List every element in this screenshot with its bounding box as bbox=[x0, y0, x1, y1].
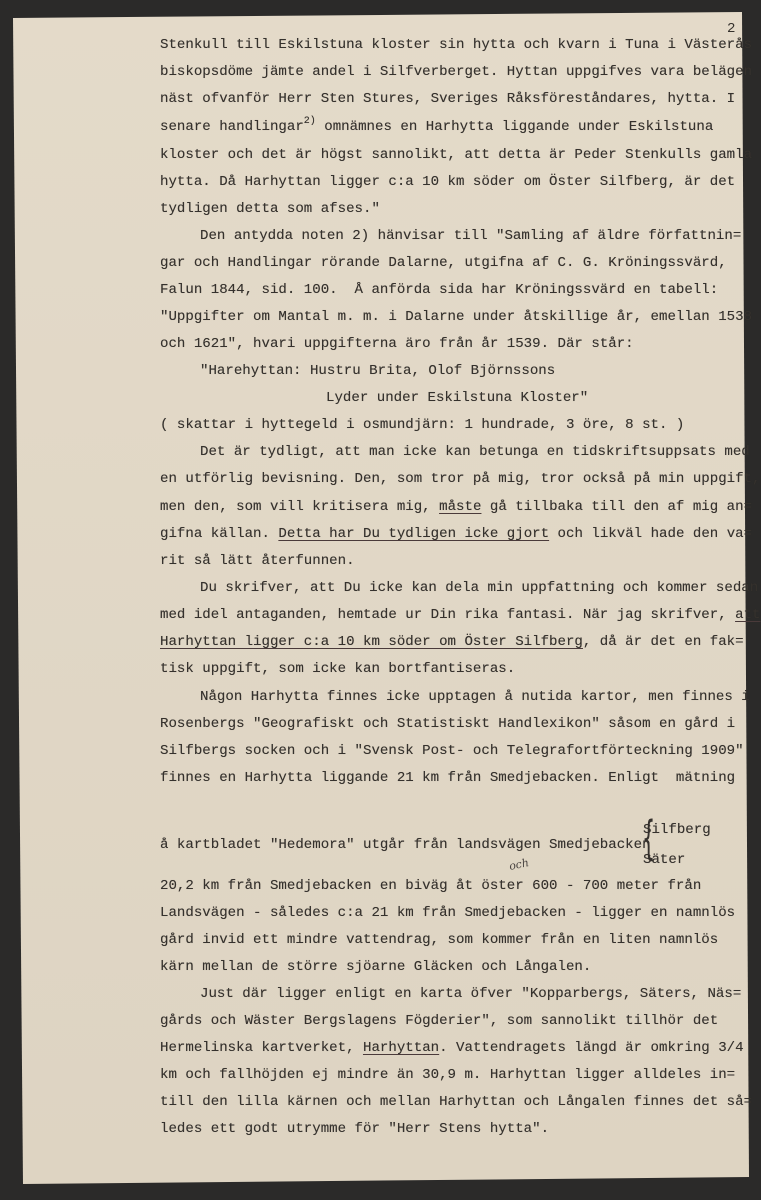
line-text: näst ofvanför Herr Sten Stures, Sveriges… bbox=[160, 91, 735, 107]
text-line: Det är tydligt, att man icke kan betunga… bbox=[200, 443, 750, 461]
text-line: km och fallhöjden ej mindre än 30,9 m. H… bbox=[160, 1066, 735, 1084]
line-text: tisk uppgift, som icke kan bortfantisera… bbox=[160, 661, 515, 677]
line-text: ledes ett godt utrymme för "Herr Stens h… bbox=[160, 1121, 549, 1137]
line-text: Silfbergs socken och i "Svensk Post- och… bbox=[160, 743, 744, 759]
text-line: "Harehyttan: Hustru Brita, Olof Björnsso… bbox=[200, 362, 555, 380]
text-line: näst ofvanför Herr Sten Stures, Sveriges… bbox=[160, 90, 735, 108]
text-line: tydligen detta som afses." bbox=[160, 200, 380, 218]
line-text: Rosenbergs "Geografiskt och Statistiskt … bbox=[160, 716, 735, 732]
line-text-pre: med idel antaganden, hemtade ur Din rika… bbox=[160, 607, 735, 623]
text-line: gar och Handlingar rörande Dalarne, utgi… bbox=[160, 254, 727, 272]
text-line: och 1621", hvari uppgifterna äro från år… bbox=[160, 335, 634, 353]
text-line: kloster och det är högst sannolikt, att … bbox=[160, 146, 752, 164]
line-text: hytta. Då Harhyttan ligger c:a 10 km söd… bbox=[160, 174, 735, 190]
text-line: med idel antaganden, hemtade ur Din rika… bbox=[160, 606, 761, 624]
text-line: Någon Harhytta finnes icke upptagen å nu… bbox=[200, 688, 750, 706]
brace-option-silfberg: Silfberg bbox=[643, 821, 711, 839]
text-line: tisk uppgift, som icke kan bortfantisera… bbox=[160, 660, 515, 678]
line-text: 20,2 km från Smedjebacken en biväg åt ös… bbox=[160, 878, 701, 894]
line-text: km och fallhöjden ej mindre än 30,9 m. H… bbox=[160, 1067, 735, 1083]
line-text-post: och likväl hade den va= bbox=[549, 526, 752, 542]
line-text: Någon Harhytta finnes icke upptagen å nu… bbox=[200, 689, 750, 705]
line-text-pre: senare handlingar bbox=[160, 119, 304, 135]
text-line: gård invid ett mindre vattendrag, som ko… bbox=[160, 931, 718, 949]
line-text: kärn mellan de större sjöarne Gläcken oc… bbox=[160, 959, 591, 975]
line-text-post: . Vattendragets längd är omkring 3/4 bbox=[439, 1040, 743, 1056]
underlined-text: Harhyttan bbox=[363, 1040, 439, 1056]
text-line: Falun 1844, sid. 100. Å anförda sida har… bbox=[160, 281, 718, 299]
line-text: Stenkull till Eskilstuna kloster sin hyt… bbox=[160, 37, 752, 53]
text-line: en utförlig bevisning. Den, som tror på … bbox=[160, 470, 761, 488]
text-line: Lyder under Eskilstuna Kloster" bbox=[326, 389, 588, 407]
text-line: biskopsdöme jämte andel i Silfverberget.… bbox=[160, 63, 752, 81]
line-text: rit så lätt återfunnen. bbox=[160, 553, 355, 569]
page-number: 2 bbox=[727, 21, 735, 37]
text-line: hytta. Då Harhyttan ligger c:a 10 km söd… bbox=[160, 173, 735, 191]
text-line: Just där ligger enligt en karta öfver "K… bbox=[200, 985, 741, 1003]
line-text: Landsvägen - således c:a 21 km från Smed… bbox=[160, 905, 735, 921]
line-text: gar och Handlingar rörande Dalarne, utgi… bbox=[160, 255, 727, 271]
line-text: till den lilla kärnen och mellan Harhytt… bbox=[160, 1094, 752, 1110]
text-line: Den antydda noten 2) hänvisar till "Saml… bbox=[200, 227, 741, 245]
line-text: en utförlig bevisning. Den, som tror på … bbox=[160, 471, 761, 487]
line-text: finnes en Harhytta liggande 21 km från S… bbox=[160, 770, 735, 786]
brace-option-sater: Säter bbox=[643, 851, 685, 869]
underlined-text: att bbox=[735, 607, 760, 623]
line-text: och 1621", hvari uppgifterna äro från år… bbox=[160, 336, 634, 352]
text-line: "Uppgifter om Mantal m. m. i Dalarne und… bbox=[160, 308, 752, 326]
text-line: till den lilla kärnen och mellan Harhytt… bbox=[160, 1093, 752, 1111]
text-line: rit så lätt återfunnen. bbox=[160, 552, 355, 570]
handwritten-annotation: och bbox=[508, 856, 530, 873]
underlined-text: Harhyttan ligger c:a 10 km söder om Öste… bbox=[160, 634, 583, 650]
text-line: finnes en Harhytta liggande 21 km från S… bbox=[160, 769, 735, 787]
line-text: biskopsdöme jämte andel i Silfverberget.… bbox=[160, 64, 752, 80]
line-text-pre: men den, som vill kritisera mig, bbox=[160, 499, 439, 515]
line-text: gårds och Wäster Bergslagens Fögderier",… bbox=[160, 1013, 718, 1029]
line-text-pre: gifna källan. bbox=[160, 526, 278, 542]
line-text: tydligen detta som afses." bbox=[160, 201, 380, 217]
text-line: senare handlingar2) omnämnes en Harhytta… bbox=[160, 118, 713, 136]
text-line: 20,2 km från Smedjebacken en biväg åt ös… bbox=[160, 877, 701, 895]
text-line: Du skrifver, att Du icke kan dela min up… bbox=[200, 579, 758, 597]
text-line: ledes ett godt utrymme för "Herr Stens h… bbox=[160, 1120, 549, 1138]
text-line: kärn mellan de större sjöarne Gläcken oc… bbox=[160, 958, 591, 976]
footnote-reference: 2) bbox=[304, 116, 316, 127]
line-text: Just där ligger enligt en karta öfver "K… bbox=[200, 986, 741, 1002]
line-text: Det är tydligt, att man icke kan betunga… bbox=[200, 444, 750, 460]
text-line: å kartbladet "Hedemora" utgår från lands… bbox=[160, 836, 651, 854]
line-text: ( skattar i hyttegeld i osmundjärn: 1 hu… bbox=[160, 417, 684, 433]
underlined-text: måste bbox=[439, 499, 481, 515]
line-text: å kartbladet "Hedemora" utgår från lands… bbox=[160, 837, 651, 853]
text-line: gårds och Wäster Bergslagens Fögderier",… bbox=[160, 1012, 718, 1030]
line-text: "Uppgifter om Mantal m. m. i Dalarne und… bbox=[160, 309, 752, 325]
typewritten-text: 2 Stenkull till Eskilstuna kloster sin h… bbox=[0, 0, 761, 1200]
line-text-post: omnämnes en Harhytta liggande under Eski… bbox=[316, 119, 714, 135]
text-line: ( skattar i hyttegeld i osmundjärn: 1 hu… bbox=[160, 416, 684, 434]
text-line: men den, som vill kritisera mig, måste g… bbox=[160, 498, 752, 516]
line-text: Du skrifver, att Du icke kan dela min up… bbox=[200, 580, 758, 596]
line-text: Falun 1844, sid. 100. Å anförda sida har… bbox=[160, 282, 718, 298]
text-line: Harhyttan ligger c:a 10 km söder om Öste… bbox=[160, 633, 744, 651]
line-text-pre: Hermelinska kartverket, bbox=[160, 1040, 363, 1056]
text-line: Stenkull till Eskilstuna kloster sin hyt… bbox=[160, 36, 752, 54]
text-line: Landsvägen - således c:a 21 km från Smed… bbox=[160, 904, 735, 922]
line-text: "Harehyttan: Hustru Brita, Olof Björnsso… bbox=[200, 363, 555, 379]
line-text-post: , då är det en fak= bbox=[583, 634, 744, 650]
underlined-text: Detta har Du tydligen icke gjort bbox=[278, 526, 549, 542]
text-line: Hermelinska kartverket, Harhyttan. Vatte… bbox=[160, 1039, 744, 1057]
line-text: Lyder under Eskilstuna Kloster" bbox=[326, 390, 588, 406]
line-text: kloster och det är högst sannolikt, att … bbox=[160, 147, 752, 163]
line-text: gård invid ett mindre vattendrag, som ko… bbox=[160, 932, 718, 948]
text-line: gifna källan. Detta har Du tydligen icke… bbox=[160, 525, 752, 543]
text-line: Rosenbergs "Geografiskt och Statistiskt … bbox=[160, 715, 735, 733]
text-line: Silfbergs socken och i "Svensk Post- och… bbox=[160, 742, 744, 760]
line-text-post: gå tillbaka till den af mig an= bbox=[481, 499, 752, 515]
line-text: Den antydda noten 2) hänvisar till "Saml… bbox=[200, 228, 741, 244]
